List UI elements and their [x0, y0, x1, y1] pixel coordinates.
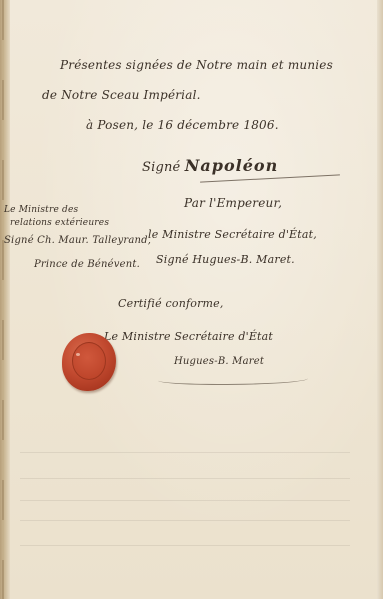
margin-talleyrand-title-1: Le Ministre des [4, 204, 78, 217]
margin-talleyrand-title-2: relations extérieures [10, 217, 109, 230]
certifie-conforme: Certifié conforme, [118, 297, 224, 310]
countersign-maret-signed: Signé Hugues-B. Maret. [156, 253, 295, 266]
bleed-through-line [20, 500, 350, 501]
page-right-edge [377, 0, 383, 599]
seal-impression [72, 342, 106, 380]
signature-underline [200, 174, 340, 182]
manuscript-page: Présentes signées de Notre main et munie… [0, 0, 383, 599]
text-line-sceau-imperial: de Notre Sceau Impérial. [42, 88, 201, 102]
text-line-date-place: à Posen, le 16 décembre 1806. [86, 118, 279, 132]
margin-talleyrand-signed: Signé Ch. Maur. Talleyrand, [4, 234, 151, 247]
bleed-through-line [20, 520, 350, 521]
signature-prefix: Signé [142, 160, 180, 175]
page-binding-edge [0, 0, 10, 599]
bleed-through-line [20, 545, 350, 546]
certification-minister-title: Le Ministre Secrétaire d'État [104, 330, 273, 343]
seal-highlight [76, 353, 80, 356]
countersign-minister-title: le Ministre Secrétaire d'État, [148, 228, 317, 241]
napoleon-signature-block: Signé Napoléon [142, 156, 278, 175]
margin-talleyrand-prince: Prince de Bénévent. [34, 258, 140, 271]
signature-flourish [158, 374, 308, 385]
wax-seal-icon [62, 333, 116, 391]
certification-maret-signature: Hugues-B. Maret [174, 356, 264, 367]
bleed-through-line [20, 452, 350, 453]
par-l-empereur: Par l'Empereur, [184, 196, 282, 210]
text-line-presentes: Présentes signées de Notre main et munie… [60, 58, 333, 72]
signature-name: Napoléon [185, 156, 278, 175]
bleed-through-line [20, 478, 350, 479]
